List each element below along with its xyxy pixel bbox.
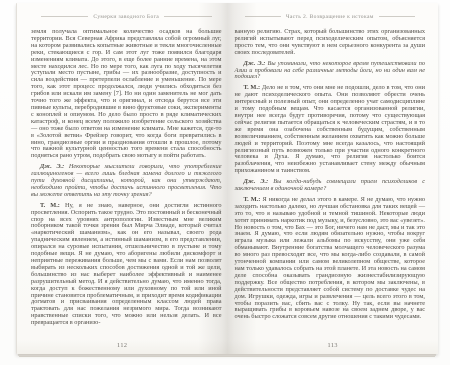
paragraph-answer: Т. М.:Дело не в том, что они мне не подо… bbox=[235, 85, 426, 175]
left-page-number: 112 bbox=[17, 342, 228, 349]
paragraph-answer: Т. М.:Я никогда не делал этого в камере.… bbox=[235, 197, 426, 321]
right-page: Часть 2. Возвращение к истокам ванную ре… bbox=[228, 3, 439, 354]
right-page-text: ванную религию. Страх, который большинст… bbox=[235, 29, 426, 321]
header-rule-right bbox=[164, 16, 211, 17]
paragraph-question: Дж. Э.:Вы когда-нибудь совмещали прием п… bbox=[235, 179, 426, 193]
paragraph: ванную религию. Страх, который большинст… bbox=[235, 29, 426, 57]
right-running-title: Часть 2. Возвращение к истокам bbox=[286, 14, 374, 20]
spread: Сумерки заводного Бога земля получала оп… bbox=[17, 3, 438, 354]
left-running-head: Сумерки заводного Бога bbox=[41, 12, 212, 21]
paragraph: земля получала оптимальное количество ос… bbox=[31, 29, 222, 160]
right-running-head: Часть 2. Возвращение к истокам bbox=[245, 12, 416, 21]
book-photo: Сумерки заводного Бога земля получала оп… bbox=[0, 0, 450, 365]
header-rule-left bbox=[41, 16, 88, 17]
paragraph-text: Дело не в том, что они мне не подошли, д… bbox=[235, 84, 426, 174]
right-page-number: 113 bbox=[228, 342, 439, 349]
paragraph-question: Дж. Э.:Некоторые мыслители говорили, что… bbox=[31, 164, 222, 199]
left-running-title: Сумерки заводного Бога bbox=[93, 14, 159, 20]
left-page-text: земля получала оптимальное количество ос… bbox=[31, 29, 222, 327]
left-page: Сумерки заводного Бога земля получала оп… bbox=[17, 3, 228, 354]
paragraph-answer: Т. М.:Ну, я не знаю, наверное, они дости… bbox=[31, 203, 222, 327]
paragraph-question: Дж. Э.:Вы упоминали, что некоторое время… bbox=[235, 61, 426, 82]
paragraph-text: Я никогда не делал этого в камере. Я не … bbox=[235, 196, 426, 320]
header-rule-right bbox=[379, 16, 415, 17]
paragraph-text: Ну, я не знаю, наверное, они достигли ис… bbox=[31, 202, 222, 326]
open-book-spread: Сумерки заводного Бога земля получала оп… bbox=[16, 3, 438, 354]
header-rule-left bbox=[245, 16, 281, 17]
